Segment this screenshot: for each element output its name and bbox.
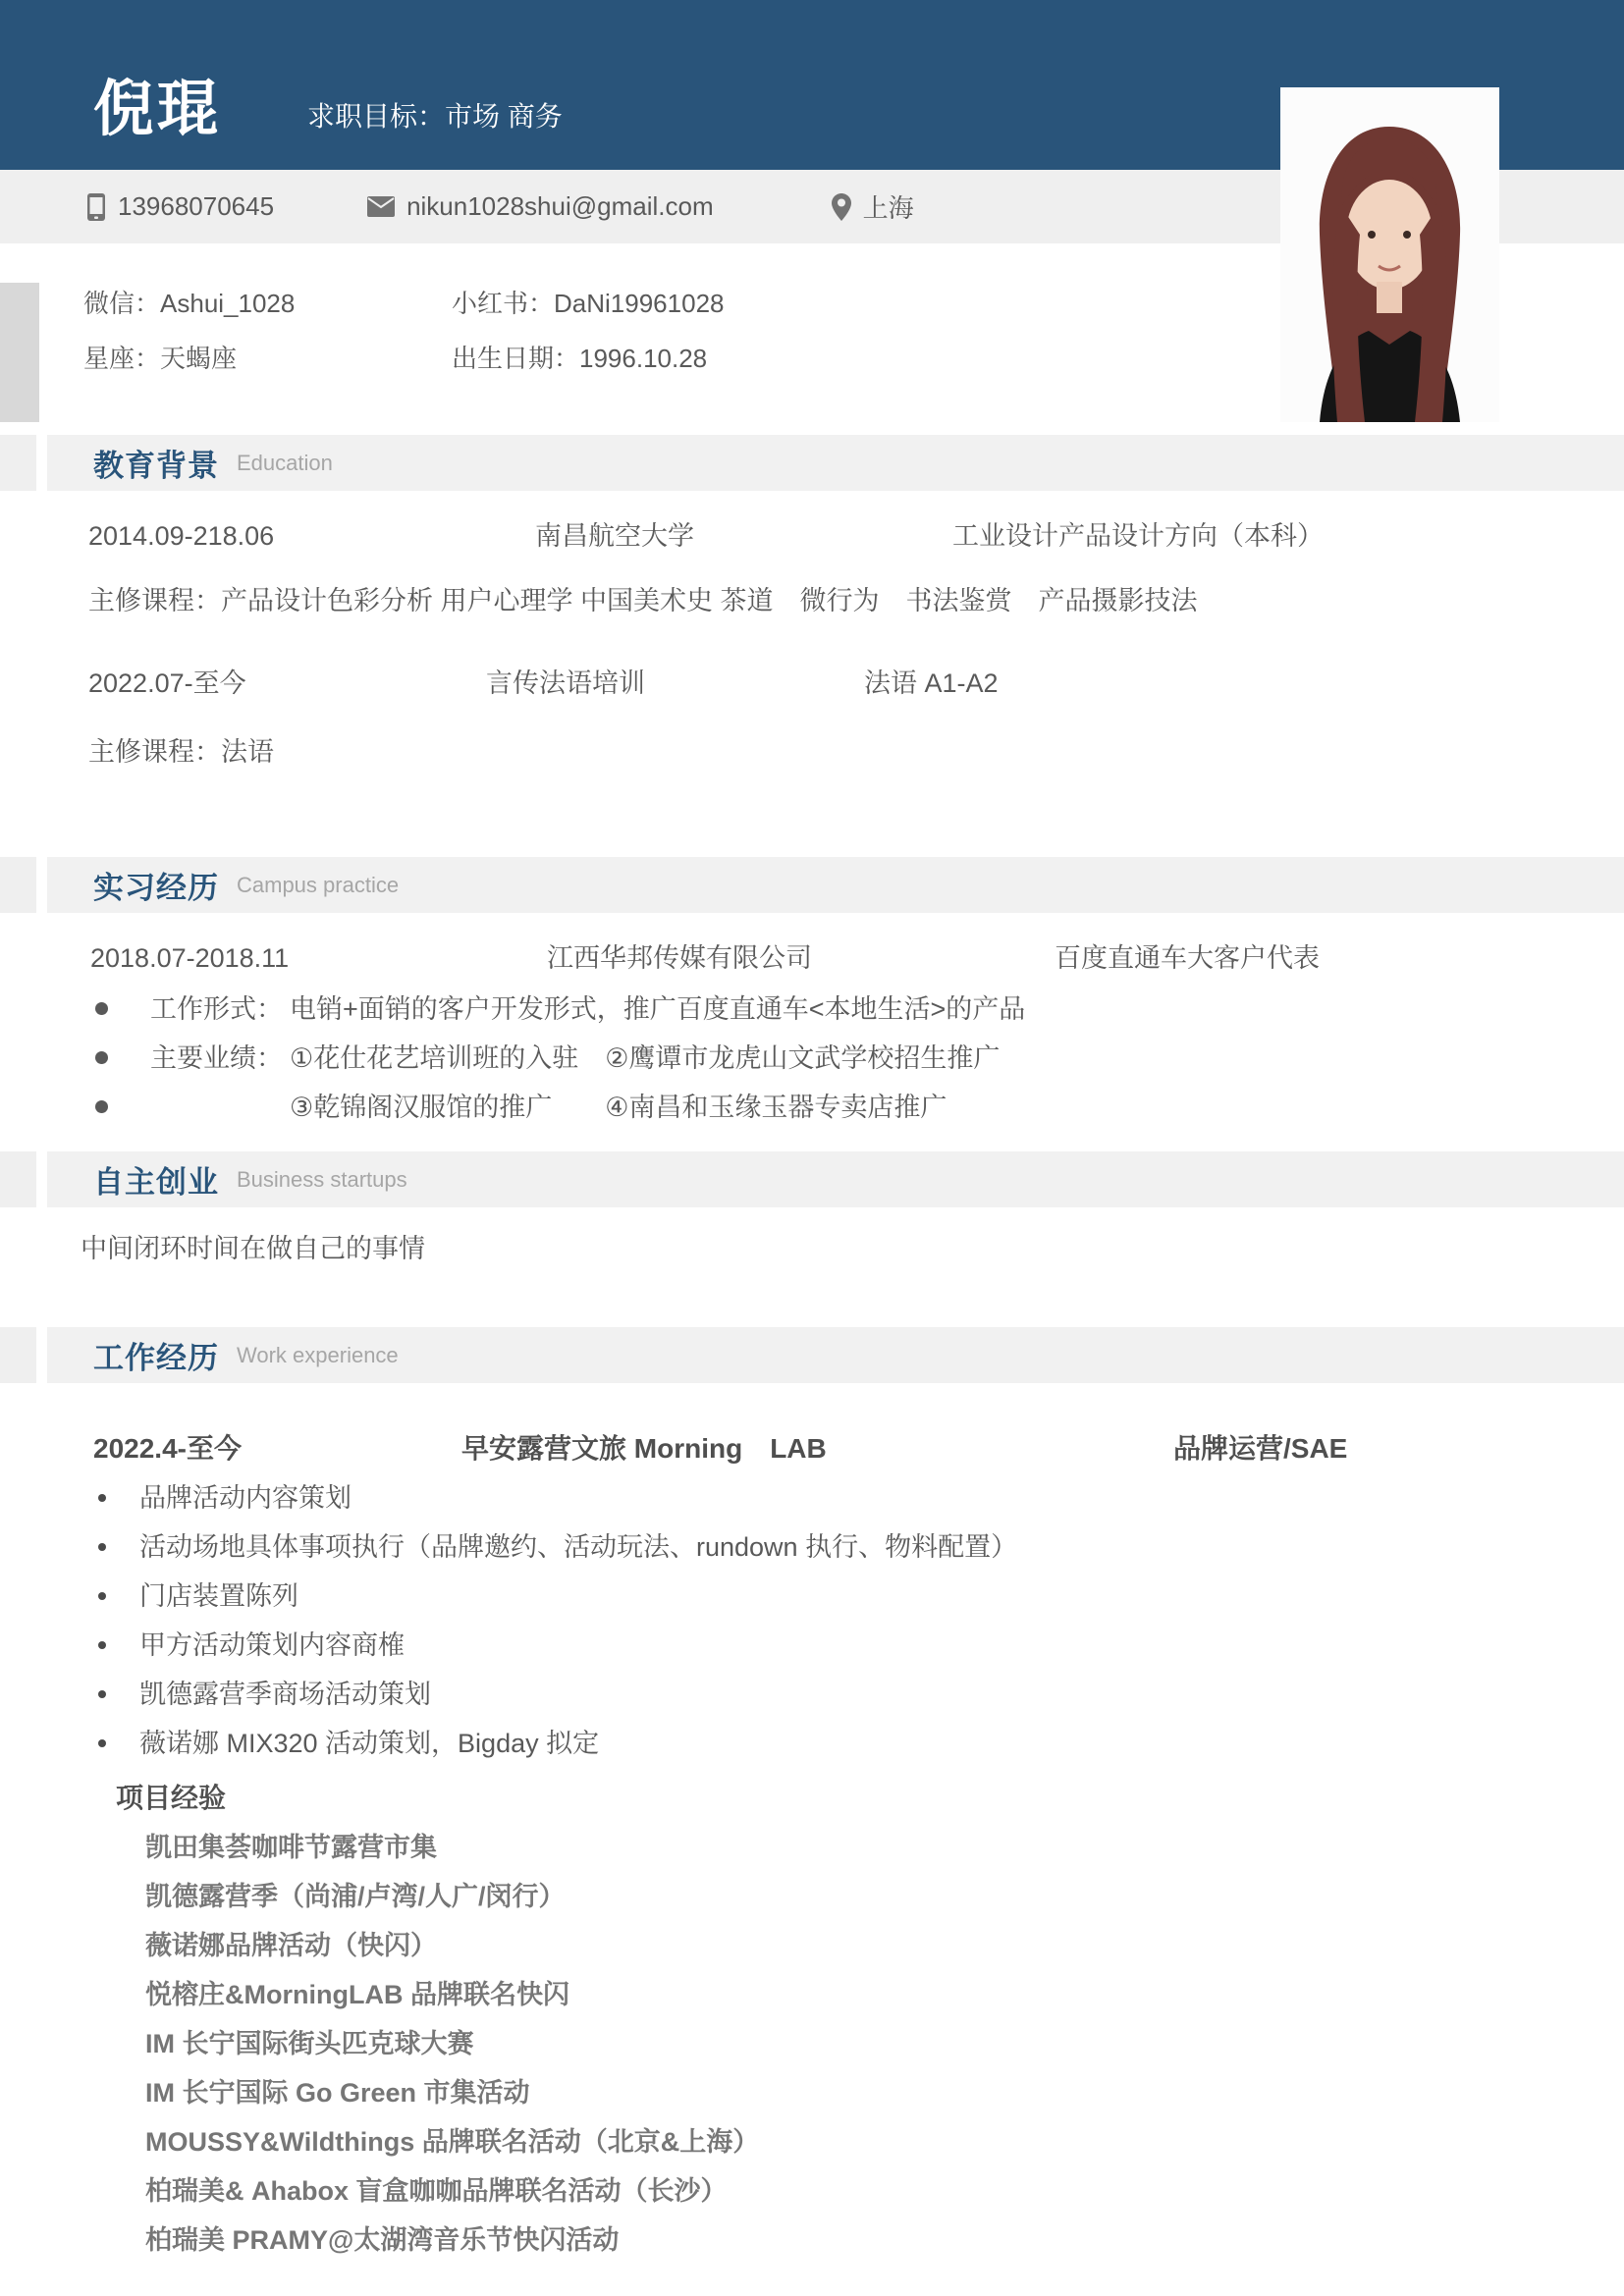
- portrait-illustration: [1280, 87, 1499, 422]
- education-entry-1: 2014.09-218.06 南昌航空大学 工业设计产品设计方向（本科）: [0, 518, 1624, 554]
- section-subtitle: Education: [237, 451, 333, 476]
- edu-school: 南昌航空大学: [535, 518, 952, 554]
- bullet-icon: [98, 1690, 106, 1698]
- section-band: 教育背景 Education: [47, 435, 1624, 491]
- phone-icon: [86, 192, 106, 222]
- section-subtitle: Business startups: [237, 1167, 407, 1193]
- email-item: nikun1028shui@gmail.com: [367, 191, 714, 222]
- job-objective: 求职目标：市场 商务: [307, 95, 563, 140]
- project-item: 柏瑞美 PRAMY@太湖湾音乐节快闪活动: [0, 2222, 1624, 2258]
- section-gap: [36, 1327, 47, 1383]
- internship-bullet: 工作形式： 电销+面销的客户开发形式，推广百度直通车<本地生活>的产品: [0, 991, 1624, 1027]
- internship-entry: 2018.07-2018.11 江西华邦传媒有限公司 百度直通车大客户代表: [0, 940, 1624, 976]
- side-gray-block: [0, 283, 39, 422]
- edu-school: 言传法语培训: [486, 666, 864, 701]
- candidate-name: 倪琨: [93, 80, 221, 140]
- work-date: 2022.4-至今: [93, 1431, 461, 1467]
- id-photo: [1280, 87, 1499, 422]
- section-header-internship: 实习经历 Campus practice: [0, 857, 1624, 913]
- bullet-label: [150, 1090, 290, 1125]
- project-item: IM 长宁国际 Go Green 市集活动: [0, 2075, 1624, 2110]
- section-left-square: [0, 857, 36, 913]
- project-item: 悦榕庄&MorningLAB 品牌联名快闪: [0, 1977, 1624, 2012]
- section-band: 实习经历 Campus practice: [47, 857, 1624, 913]
- location-pin-icon: [832, 193, 851, 221]
- email-address: nikun1028shui@gmail.com: [406, 191, 714, 222]
- bullet-icon: [95, 1002, 108, 1015]
- zodiac-field: 星座：天蝎座: [83, 343, 452, 374]
- section-header-work: 工作经历 Work experience: [0, 1327, 1624, 1383]
- location-item: 上海: [832, 188, 914, 225]
- bullet-icon: [98, 1592, 106, 1600]
- internship-bullet: 主要业绩： ①花仕花艺培训班的入驻 ②鹰谭市龙虎山文武学校招生推广: [0, 1041, 1624, 1076]
- education-entry-2: 2022.07-至今 言传法语培训 法语 A1-A2: [0, 666, 1624, 701]
- bullet-text: ③乾锦阁汉服馆的推广 ④南昌和玉缘玉器专卖店推广: [290, 1090, 1624, 1125]
- work-role: 品牌运营/SAE: [1173, 1431, 1624, 1467]
- projects-title: 项目经验: [0, 1781, 1624, 1816]
- edu-date: 2014.09-218.06: [88, 518, 535, 554]
- section-band: 工作经历 Work experience: [47, 1327, 1624, 1383]
- bullet-text: 电销+面销的客户开发形式，推广百度直通车<本地生活>的产品: [290, 991, 1624, 1027]
- work-bullet: 品牌活动内容策划: [0, 1480, 1624, 1516]
- section-left-square: [0, 1151, 36, 1207]
- section-subtitle: Campus practice: [237, 873, 399, 898]
- phone-item: 13968070645: [86, 191, 274, 222]
- edu-major: 工业设计产品设计方向（本科）: [952, 518, 1624, 554]
- section-header-education: 教育背景 Education: [0, 435, 1624, 491]
- edu-courses-2: 主修课程：法语: [0, 734, 1624, 770]
- section-gap: [36, 1151, 47, 1207]
- project-item: 薇诺娜品牌活动（快闪）: [0, 1928, 1624, 1963]
- work-entry: 2022.4-至今 早安露营文旅 Morning LAB 品牌运营/SAE: [0, 1431, 1624, 1467]
- bullet-icon: [95, 1051, 108, 1064]
- intern-company: 江西华邦传媒有限公司: [547, 940, 1055, 976]
- bullet-icon: [98, 1739, 106, 1747]
- project-item: IM 长宁国际街头匹克球大赛: [0, 2026, 1624, 2061]
- startup-text: 中间闭环时间在做自己的事情: [0, 1231, 1624, 1266]
- project-item: MOUSSY&Wildthings 品牌联名活动（北京&上海）: [0, 2124, 1624, 2160]
- phone-number: 13968070645: [118, 191, 274, 222]
- section-gap: [36, 435, 47, 491]
- intern-role: 百度直通车大客户代表: [1055, 940, 1624, 976]
- work-bullet: 薇诺娜 MIX320 活动策划，Bigday 拟定: [0, 1726, 1624, 1761]
- section-title: 工作经历: [93, 1333, 219, 1377]
- bullet-icon: [98, 1543, 106, 1551]
- project-item: 凯田集荟咖啡节露营市集: [0, 1830, 1624, 1865]
- bullet-label: 主要业绩：: [150, 1041, 290, 1076]
- internship-bullet: ③乾锦阁汉服馆的推广 ④南昌和玉缘玉器专卖店推广: [0, 1090, 1624, 1125]
- edu-date: 2022.07-至今: [88, 666, 486, 701]
- section-title: 实习经历: [93, 863, 219, 907]
- project-item: 凯德露营季（尚浦/卢湾/人广/闵行）: [0, 1879, 1624, 1914]
- bullet-text: ①花仕花艺培训班的入驻 ②鹰谭市龙虎山文武学校招生推广: [290, 1041, 1624, 1076]
- section-left-square: [0, 435, 36, 491]
- intern-date: 2018.07-2018.11: [90, 940, 547, 976]
- edu-major: 法语 A1-A2: [864, 666, 1624, 701]
- work-bullet: 凯德露营季商场活动策划: [0, 1677, 1624, 1712]
- section-title: 自主创业: [93, 1157, 219, 1201]
- bullet-icon: [95, 1100, 108, 1113]
- section-band: 自主创业 Business startups: [47, 1151, 1624, 1207]
- section-header-startup: 自主创业 Business startups: [0, 1151, 1624, 1207]
- bullet-icon: [98, 1641, 106, 1649]
- bullet-icon: [98, 1494, 106, 1502]
- project-item: 柏瑞美& Ahabox 盲盒咖咖品牌联名活动（长沙）: [0, 2173, 1624, 2209]
- work-bullet: 门店装置陈列: [0, 1578, 1624, 1614]
- wechat-field: 微信：Ashui_1028: [83, 288, 452, 319]
- section-left-square: [0, 1327, 36, 1383]
- section-gap: [36, 857, 47, 913]
- edu-courses-1: 主修课程：产品设计色彩分析 用户心理学 中国美术史 茶道 微行为 书法鉴赏 产品…: [0, 583, 1624, 618]
- work-bullet: 活动场地具体事项执行（品牌邀约、活动玩法、rundown 执行、物料配置）: [0, 1529, 1624, 1565]
- email-icon: [367, 196, 395, 217]
- work-bullet: 甲方活动策划内容商榷: [0, 1628, 1624, 1663]
- bullet-label: 工作形式：: [150, 991, 290, 1027]
- location-text: 上海: [863, 188, 914, 225]
- section-title: 教育背景: [93, 441, 219, 485]
- work-company: 早安露营文旅 Morning LAB: [461, 1431, 1173, 1467]
- section-subtitle: Work experience: [237, 1343, 399, 1368]
